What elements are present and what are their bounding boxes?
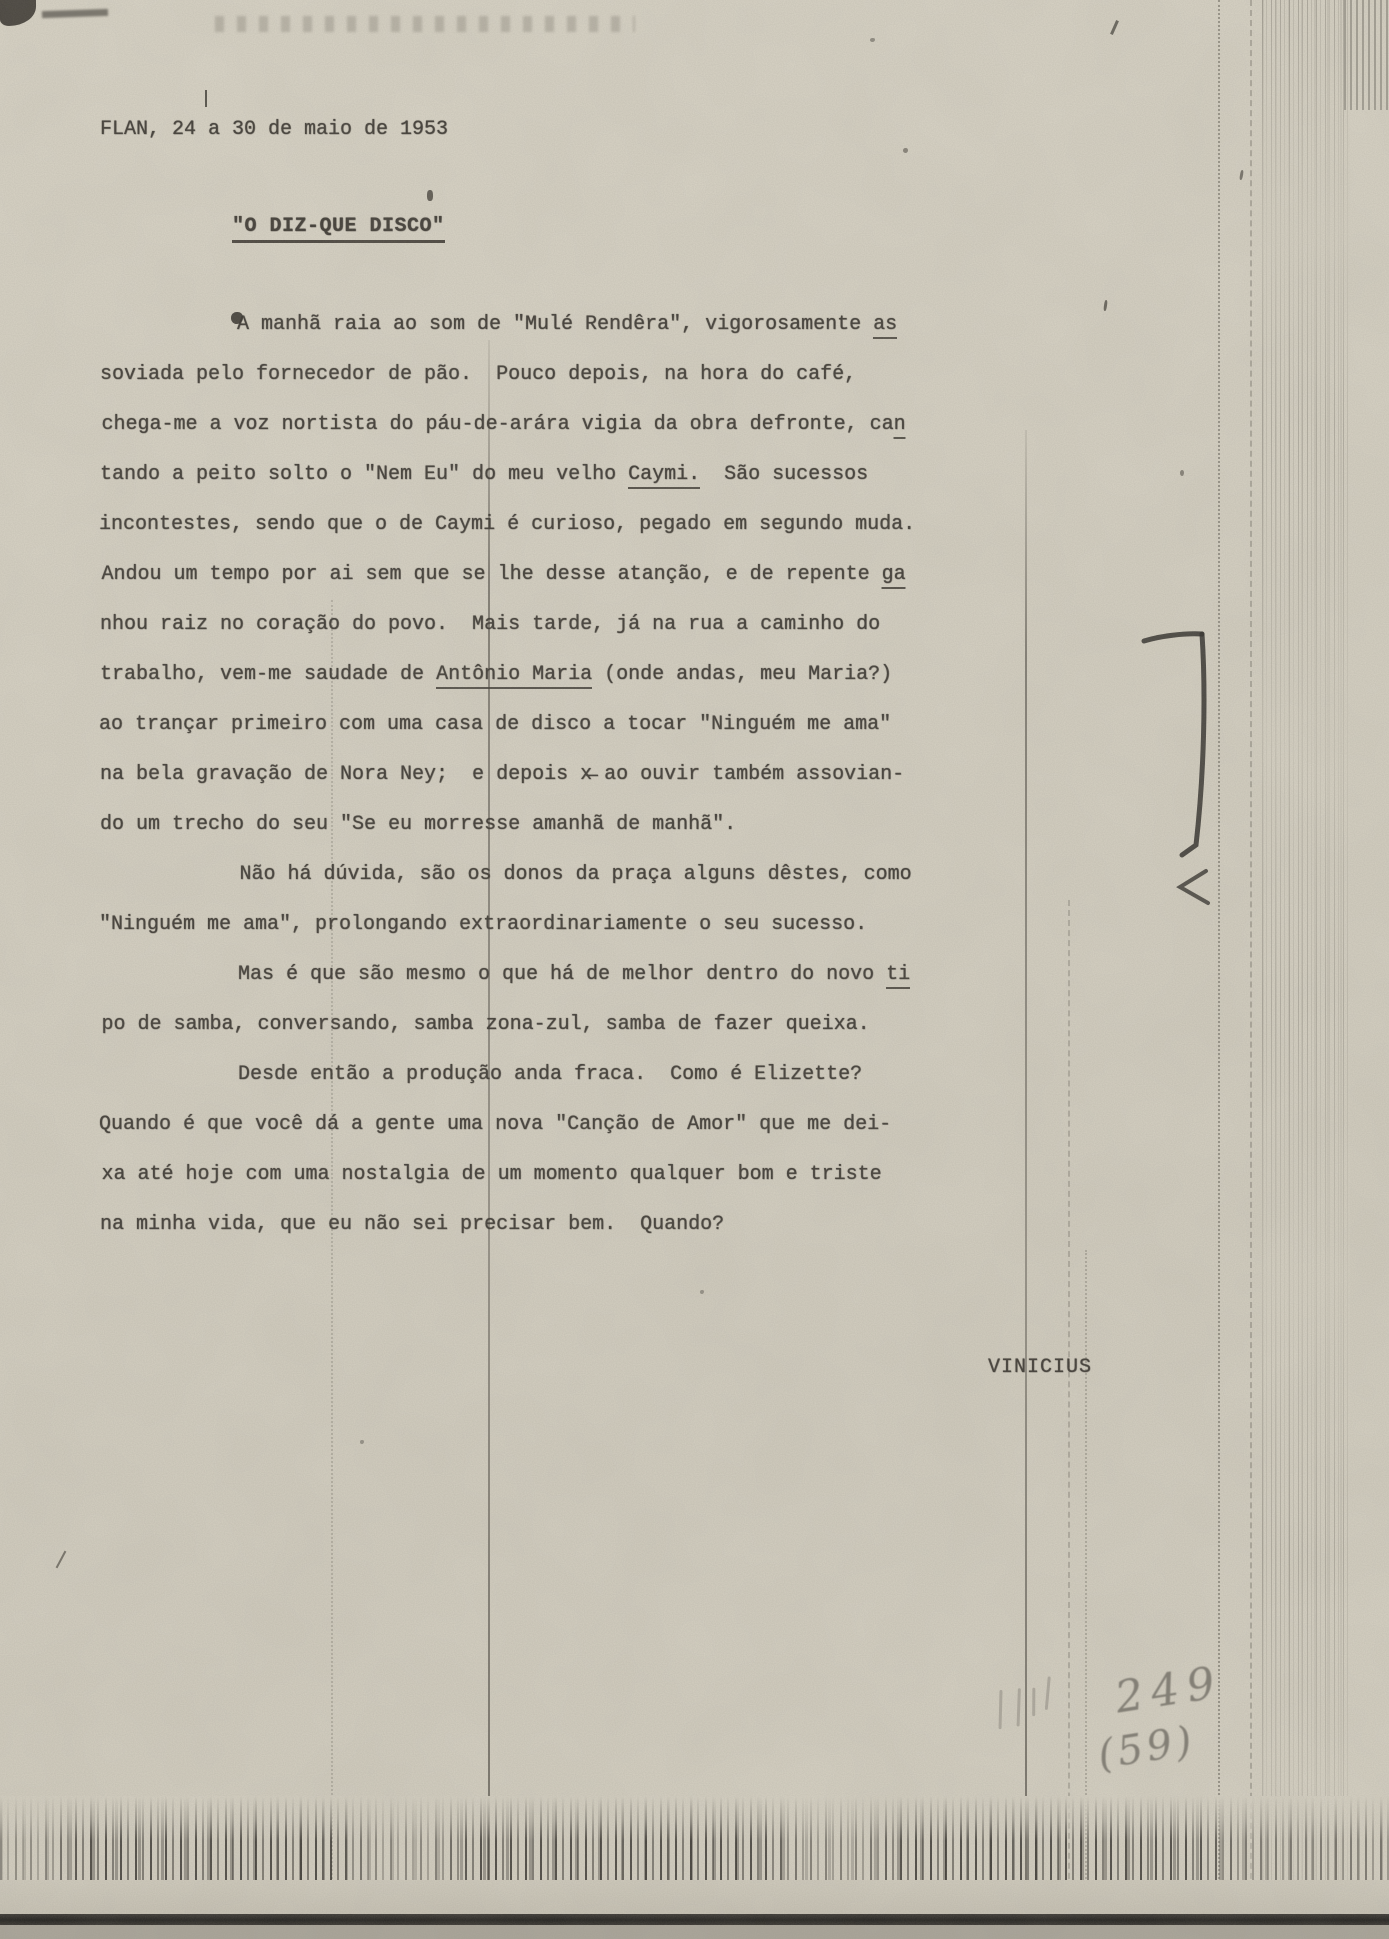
- typed-line: tando a peito solto o "Nem Eu" do meu ve…: [100, 450, 916, 500]
- scan-streaks-bottom: [0, 1796, 1389, 1884]
- typed-line: do um trecho do seu "Se eu morresse aman…: [100, 800, 916, 850]
- scan-bottom-lightstrip: [0, 1880, 1389, 1916]
- margin-crease-2: [1250, 0, 1252, 1939]
- underlined-text: n: [894, 413, 906, 439]
- stray-backslash: [56, 1551, 67, 1569]
- underlined-text: as: [873, 313, 897, 339]
- streak-fade-top: [0, 1796, 1389, 1841]
- typed-line: Mas é que são mesmo o que há de melhor d…: [100, 950, 916, 1000]
- streak-patchiness: [0, 1796, 1389, 1884]
- scan-streaks-right: [1262, 0, 1350, 1939]
- typed-line: soviada pelo fornecedor de pão. Pouco de…: [100, 350, 916, 400]
- scan-bottom-edge: [0, 1925, 1389, 1939]
- stray-mark-above-title: [427, 190, 433, 201]
- typed-line: Andou um tempo por ai sem que se lhe des…: [102, 550, 918, 600]
- stray-apostrophe: [1103, 300, 1108, 311]
- margin-bracket-annotation: [1130, 615, 1230, 915]
- typed-line: chega-me a voz nortista do páu-de-arára …: [102, 400, 918, 450]
- typed-line: nhou raiz no coração do povo. Mais tarde…: [100, 600, 916, 650]
- typed-line: na bela gravação de Nora Ney; e depois x…: [100, 750, 916, 800]
- typed-line: A manhã raia ao som de "Mulé Rendêra", v…: [99, 300, 915, 350]
- typed-line: Desde então a produção anda fraca. Como …: [100, 1050, 916, 1100]
- fold-crease-right: [1025, 430, 1027, 1939]
- speck-4: [360, 1440, 364, 1444]
- top-smudge-row: [215, 16, 635, 32]
- torn-corner-mark: [0, 0, 36, 26]
- speck-3: [700, 1290, 704, 1294]
- stray-tick: [205, 90, 207, 107]
- check-mark: [1180, 871, 1208, 903]
- speck-5: [1180, 470, 1184, 476]
- stray-slash: [1110, 20, 1119, 35]
- underlined-text: ga: [882, 563, 906, 589]
- underlined-text: Antônio Maria: [436, 663, 592, 689]
- typed-line: Não há dúvida, são os donos da praça alg…: [102, 850, 918, 900]
- margin-crease-1: [1218, 0, 1220, 1939]
- typed-line: xa até hoje com uma nostalgia de um mome…: [102, 1150, 918, 1200]
- underlined-text: Caymi.: [628, 463, 700, 489]
- handwritten-pencil-note: 249 (59): [1032, 1624, 1338, 1855]
- typed-line: incontestes, sendo que o de Caymi é curi…: [99, 500, 915, 550]
- streak-fade: [1262, 0, 1350, 1939]
- typed-body: A manhã raia ao som de "Mulé Rendêra", v…: [100, 300, 916, 1250]
- typed-line: ao trançar primeiro com uma casa de disc…: [99, 700, 915, 750]
- fold-crease-right-3: [1085, 1250, 1087, 1939]
- pencil-number: 249: [1112, 1657, 1227, 1724]
- speck-1: [903, 148, 908, 153]
- page-title-text: "O DIZ-QUE DISCO": [232, 215, 445, 243]
- typed-line: po de samba, conversando, samba zona-zul…: [102, 1000, 918, 1050]
- scan-streaks-top-right: [1344, 0, 1389, 110]
- signature: VINICIUS: [988, 1356, 1092, 1379]
- dateline: FLAN, 24 a 30 de maio de 1953: [100, 118, 448, 141]
- page-title: "O DIZ-QUE DISCO": [232, 215, 445, 238]
- underlined-text: ti: [886, 963, 910, 989]
- typed-line: trabalho, vem-me saudade de Antônio Mari…: [100, 650, 916, 700]
- typed-line: Quando é que você dá a gente uma nova "C…: [99, 1100, 915, 1150]
- scanned-typescript-page: FLAN, 24 a 30 de maio de 1953 "O DIZ-QUE…: [0, 0, 1389, 1939]
- typed-line: na minha vida, que eu não sei precisar b…: [100, 1200, 916, 1250]
- pencil-scribble: [976, 1653, 1083, 1747]
- speck-2: [870, 38, 875, 42]
- stray-comma: [1239, 170, 1244, 180]
- fold-crease-right-2: [1068, 900, 1070, 1939]
- pencil-number-parenthetical: (59): [1095, 1718, 1199, 1779]
- top-edge-smear: [42, 9, 108, 18]
- typed-line: "Ninguém me ama", prolongando extraordin…: [99, 900, 915, 950]
- scan-bottom-darkline: [0, 1914, 1389, 1925]
